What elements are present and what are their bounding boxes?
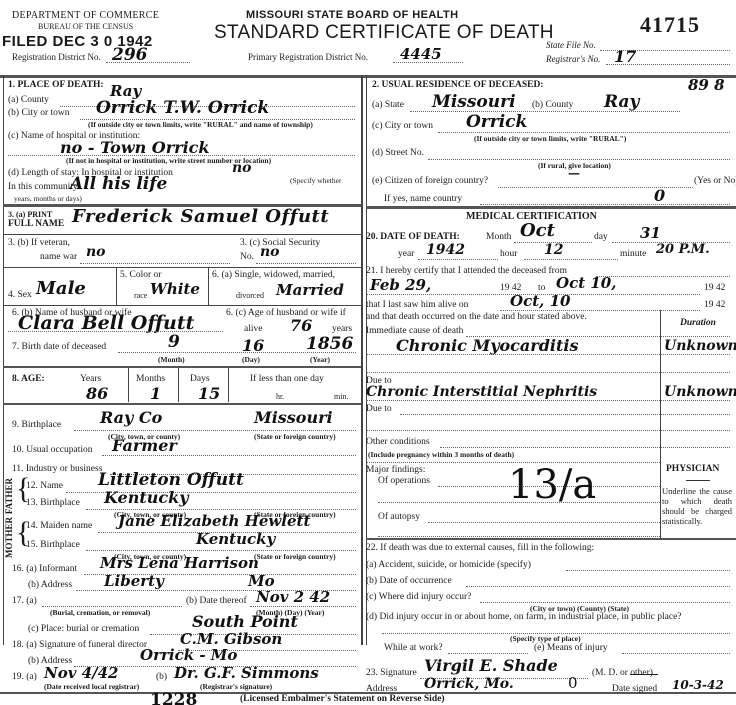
years-label: years bbox=[332, 324, 352, 334]
dod-label: 20. DATE OF DEATH: bbox=[366, 232, 460, 242]
dod-month-value: Oct bbox=[520, 220, 555, 241]
age-years-header: Years bbox=[80, 374, 101, 384]
burial-place-label: (c) Place: burial or cremation bbox=[28, 624, 139, 634]
spouse-age-value: 76 bbox=[290, 316, 312, 335]
informant-label: 16. (a) Informant bbox=[12, 564, 77, 574]
dod-year-label: year bbox=[398, 249, 414, 259]
birthplace-state-caption: (State or foreign country) bbox=[254, 432, 336, 441]
signature-address-value: Orrick, Mo. bbox=[424, 676, 514, 692]
primary-reg-label: Primary Registration District No. bbox=[248, 52, 368, 62]
occurred-label: and that death occurred on the date and … bbox=[366, 312, 587, 322]
pod-specify-note: (Specify whether bbox=[290, 176, 341, 185]
burial-date-value: Nov 2 42 bbox=[256, 588, 330, 606]
birthplace-state-value: Missouri bbox=[254, 408, 333, 427]
res-city-value: Orrick bbox=[466, 112, 527, 132]
received-label: 19. (a) bbox=[12, 672, 37, 682]
res-state-label: (a) State bbox=[372, 100, 404, 110]
age-days-header: Days bbox=[190, 374, 210, 384]
external-a-label: (a) Accident, suicide, or homicide (spec… bbox=[366, 560, 531, 570]
funeral-director-label: 18. (a) Signature of funeral director bbox=[12, 640, 147, 650]
marital-value: Married bbox=[276, 281, 344, 299]
age-hr-label: hr. bbox=[276, 392, 284, 401]
autopsy-label: Of autopsy bbox=[378, 512, 420, 522]
full-name-value: Frederick Samuel Offutt bbox=[72, 206, 329, 227]
duration-header: Duration bbox=[680, 318, 716, 328]
received-value: Nov 4/42 bbox=[44, 664, 118, 682]
dod-hour-value: 12 bbox=[544, 242, 563, 258]
due-to-value: Chronic Interstitial Nephritis bbox=[366, 384, 597, 400]
burial-place-value: South Point bbox=[192, 612, 298, 631]
race-value: White bbox=[150, 280, 200, 298]
registrar-sig-caption: (Registrar's signature) bbox=[200, 682, 272, 691]
received-caption: (Date received local registrar) bbox=[44, 682, 139, 691]
ss-no-label: No. bbox=[240, 252, 254, 262]
other-conditions-note: (Include pregnancy within 3 months of de… bbox=[368, 450, 514, 459]
reg-district-label: Registration District No. bbox=[12, 52, 101, 62]
pod-city-note: (If outside city or town limits, write "… bbox=[88, 120, 313, 129]
sex-label: 4. Sex bbox=[8, 290, 32, 300]
major-findings-label: Major findings: bbox=[366, 465, 425, 475]
signature-value: Virgil E. Shade bbox=[424, 656, 558, 675]
dod-minute-value: 20 P.M. bbox=[656, 242, 710, 257]
ss-value: no bbox=[260, 244, 280, 260]
father-name-label: 12. Name bbox=[26, 481, 63, 491]
attended-to-value: Oct 10, bbox=[556, 274, 616, 292]
residence-margin-code: 89 8 bbox=[688, 78, 728, 92]
res-county-value: Ray bbox=[604, 92, 639, 112]
age-months-header: Months bbox=[136, 374, 165, 384]
place-type-caption: (Specify type of place) bbox=[510, 634, 581, 643]
birth-year-value: 1856 bbox=[306, 334, 353, 354]
underline-note: Underline the cause to which death shoul… bbox=[662, 486, 732, 526]
res-citizen-value: — bbox=[568, 166, 580, 180]
while-at-work-label: While at work? bbox=[384, 643, 443, 653]
operations-label: Of operations bbox=[378, 476, 430, 486]
due-to2-label: Due to bbox=[366, 404, 392, 414]
res-county-label: (b) County bbox=[532, 100, 573, 110]
signature-margin-mark: 0 bbox=[568, 674, 578, 692]
informant-address-city: Liberty bbox=[104, 572, 164, 590]
embalmer-note: (Licensed Embalmer's Statement on Revers… bbox=[240, 694, 444, 704]
father-name-value: Littleton Offutt bbox=[98, 470, 244, 490]
father-side-label: FATHER bbox=[4, 478, 14, 514]
bureau-label: BUREAU OF THE CENSUS bbox=[38, 22, 133, 31]
mother-state-caption: (State or foreign country) bbox=[254, 552, 336, 561]
pod-county-label: (a) County bbox=[8, 95, 49, 105]
pod-city-label: (b) City or town bbox=[8, 108, 69, 118]
board-label: MISSOURI STATE BOARD OF HEALTH bbox=[246, 9, 458, 21]
birth-month-value: 9 bbox=[168, 332, 180, 352]
race-label: race bbox=[134, 291, 147, 300]
mother-birthplace-label: 15. Birthplace bbox=[26, 540, 80, 550]
other-conditions-label: Other conditions bbox=[366, 437, 430, 447]
means-of-injury-label: (e) Means of injury bbox=[534, 643, 608, 653]
immediate-cause-label: Immediate cause of death bbox=[366, 326, 463, 336]
page-title: STANDARD CERTIFICATE OF DEATH bbox=[214, 22, 554, 44]
burial-caption: (Burial, cremation, or removal) bbox=[50, 608, 150, 617]
pod-city-value: Orrick T.W. Orrick bbox=[96, 98, 269, 118]
dod-day-value: 31 bbox=[640, 224, 661, 242]
date-signed-label: Date signed bbox=[612, 684, 657, 694]
signature-label: 23. Signature bbox=[366, 668, 417, 678]
age-min-label: min. bbox=[334, 392, 348, 401]
birthdate-label: 7. Birth date of deceased bbox=[12, 342, 106, 352]
color-label: 5. Color or bbox=[120, 270, 161, 280]
occupation-label: 10. Usual occupation bbox=[12, 445, 92, 455]
dod-year-value: 1942 bbox=[426, 242, 465, 258]
residence-heading: 2. USUAL RESIDENCE OF DECEASED: bbox=[372, 80, 543, 90]
res-citizen-label: (e) Citizen of foreign country? bbox=[372, 176, 488, 186]
birthplace-label: 9. Birthplace bbox=[12, 420, 61, 430]
divorced-label: divorced bbox=[236, 291, 264, 300]
mother-name-label: 14. Maiden name bbox=[26, 521, 92, 531]
sex-value: Male bbox=[36, 278, 86, 299]
burial-date-label: (b) Date thereof bbox=[186, 596, 247, 606]
ss-label: 3. (c) Social Security bbox=[240, 238, 320, 248]
physician-header: PHYSICIAN bbox=[666, 464, 719, 474]
last-saw-year: 19 42 bbox=[704, 300, 725, 310]
pod-stay-value: no bbox=[232, 160, 252, 176]
burial-label: 17. (a) bbox=[12, 596, 37, 606]
age-years-value: 86 bbox=[86, 384, 108, 403]
dod-hour-label: hour bbox=[500, 249, 517, 259]
veteran-label: 3. (b) If veteran, bbox=[8, 238, 70, 248]
pod-community-label: In this community bbox=[8, 182, 78, 192]
father-birthplace-label: 13. Birthplace bbox=[26, 498, 80, 508]
month-caption: (Month) bbox=[158, 355, 185, 364]
external-b-label: (b) Date of occurrence bbox=[366, 576, 452, 586]
spouse-age-label: 6. (c) Age of husband or wife if bbox=[226, 308, 346, 318]
last-saw-label: that I last saw him alive on bbox=[366, 300, 468, 310]
res-state-value: Missouri bbox=[432, 92, 516, 112]
informant-value: Mrs Lena Harrison bbox=[100, 554, 259, 572]
date-signed-value: 10-3-42 bbox=[672, 678, 724, 692]
pod-community-note: years, months or days) bbox=[14, 194, 82, 203]
dod-minute-label: minute bbox=[620, 249, 646, 259]
bottom-number: 1228 bbox=[150, 690, 197, 705]
immediate-cause-value: Chronic Myocarditis bbox=[396, 336, 578, 355]
registrar-sig-value: Dr. G.F. Simmons bbox=[174, 664, 319, 682]
birthplace-city-value: Ray Co bbox=[100, 408, 162, 427]
name-label-full: FULL NAME bbox=[8, 219, 64, 229]
res-city-note: (If outside city or town limits, write "… bbox=[474, 134, 626, 143]
res-yes-no: (Yes or No) bbox=[694, 176, 736, 186]
external-heading: 22. If death was due to external causes,… bbox=[366, 543, 594, 553]
res-street-label: (d) Street No. bbox=[372, 148, 424, 158]
certify-label: 21. I hereby certify that I attended the… bbox=[366, 266, 567, 276]
res-margin-mark: 0 bbox=[654, 186, 665, 205]
father-birthplace-value: Kentucky bbox=[104, 488, 189, 507]
pod-community-value: All his life bbox=[70, 174, 167, 194]
res-city-label: (c) City or town bbox=[372, 121, 433, 131]
war-label: name war bbox=[40, 252, 77, 262]
year-caption: (Year) bbox=[310, 355, 330, 364]
name-label-print: 3. (a) PRINT bbox=[8, 210, 52, 219]
attended-to-year: 19 42 bbox=[704, 283, 725, 293]
registrar-label: Registrar's No. bbox=[546, 54, 600, 64]
last-saw-value: Oct, 10 bbox=[510, 292, 570, 310]
state-file-label: State File No. bbox=[546, 40, 596, 50]
age-months-value: 1 bbox=[150, 384, 161, 403]
birth-day-value: 16 bbox=[242, 336, 264, 355]
war-value: no bbox=[86, 244, 106, 260]
attended-from-value: Feb 29, bbox=[370, 276, 431, 294]
age-label: 8. AGE: bbox=[12, 374, 45, 384]
due-to-duration-value: Unknown bbox=[664, 384, 736, 400]
cause-code-value: 13/a bbox=[508, 462, 596, 508]
dept-label: DEPARTMENT OF COMMERCE bbox=[12, 10, 159, 21]
day-caption: (Day) bbox=[242, 355, 260, 364]
external-c-label: (c) Where did injury occur? bbox=[366, 592, 471, 602]
external-d-label: (d) Did injury occur in or about home, o… bbox=[366, 612, 682, 622]
immediate-duration-value: Unknown bbox=[664, 338, 736, 354]
res-country-label: If yes, name country bbox=[384, 194, 462, 204]
informant-address-label: (b) Address bbox=[28, 580, 72, 590]
place-of-death-heading: 1. PLACE OF DEATH: bbox=[8, 80, 104, 90]
alive-label: alive bbox=[244, 324, 262, 334]
mother-side-label: MOTHER bbox=[4, 517, 14, 558]
md-label: (M. D. or other) bbox=[592, 668, 653, 678]
director-address-value: Orrick - Mo bbox=[140, 646, 237, 664]
dod-month-label: Month bbox=[486, 232, 511, 242]
dod-day-label: day bbox=[594, 232, 608, 242]
state-file-number: 41715 bbox=[640, 12, 700, 38]
mother-birthplace-value: Kentucky bbox=[196, 530, 275, 548]
age-less-header: If less than one day bbox=[250, 374, 324, 384]
mother-name-value: Jane Elizabeth Hewlett bbox=[118, 512, 310, 530]
registrar-sig-label: (b) bbox=[156, 672, 167, 682]
signature-address-label: Address bbox=[366, 684, 397, 694]
occupation-value: Farmer bbox=[112, 436, 177, 455]
primary-reg-value: 4445 bbox=[400, 45, 442, 63]
age-days-value: 15 bbox=[198, 384, 220, 403]
marital-label: 6. (a) Single, widowed, married, bbox=[212, 270, 335, 280]
